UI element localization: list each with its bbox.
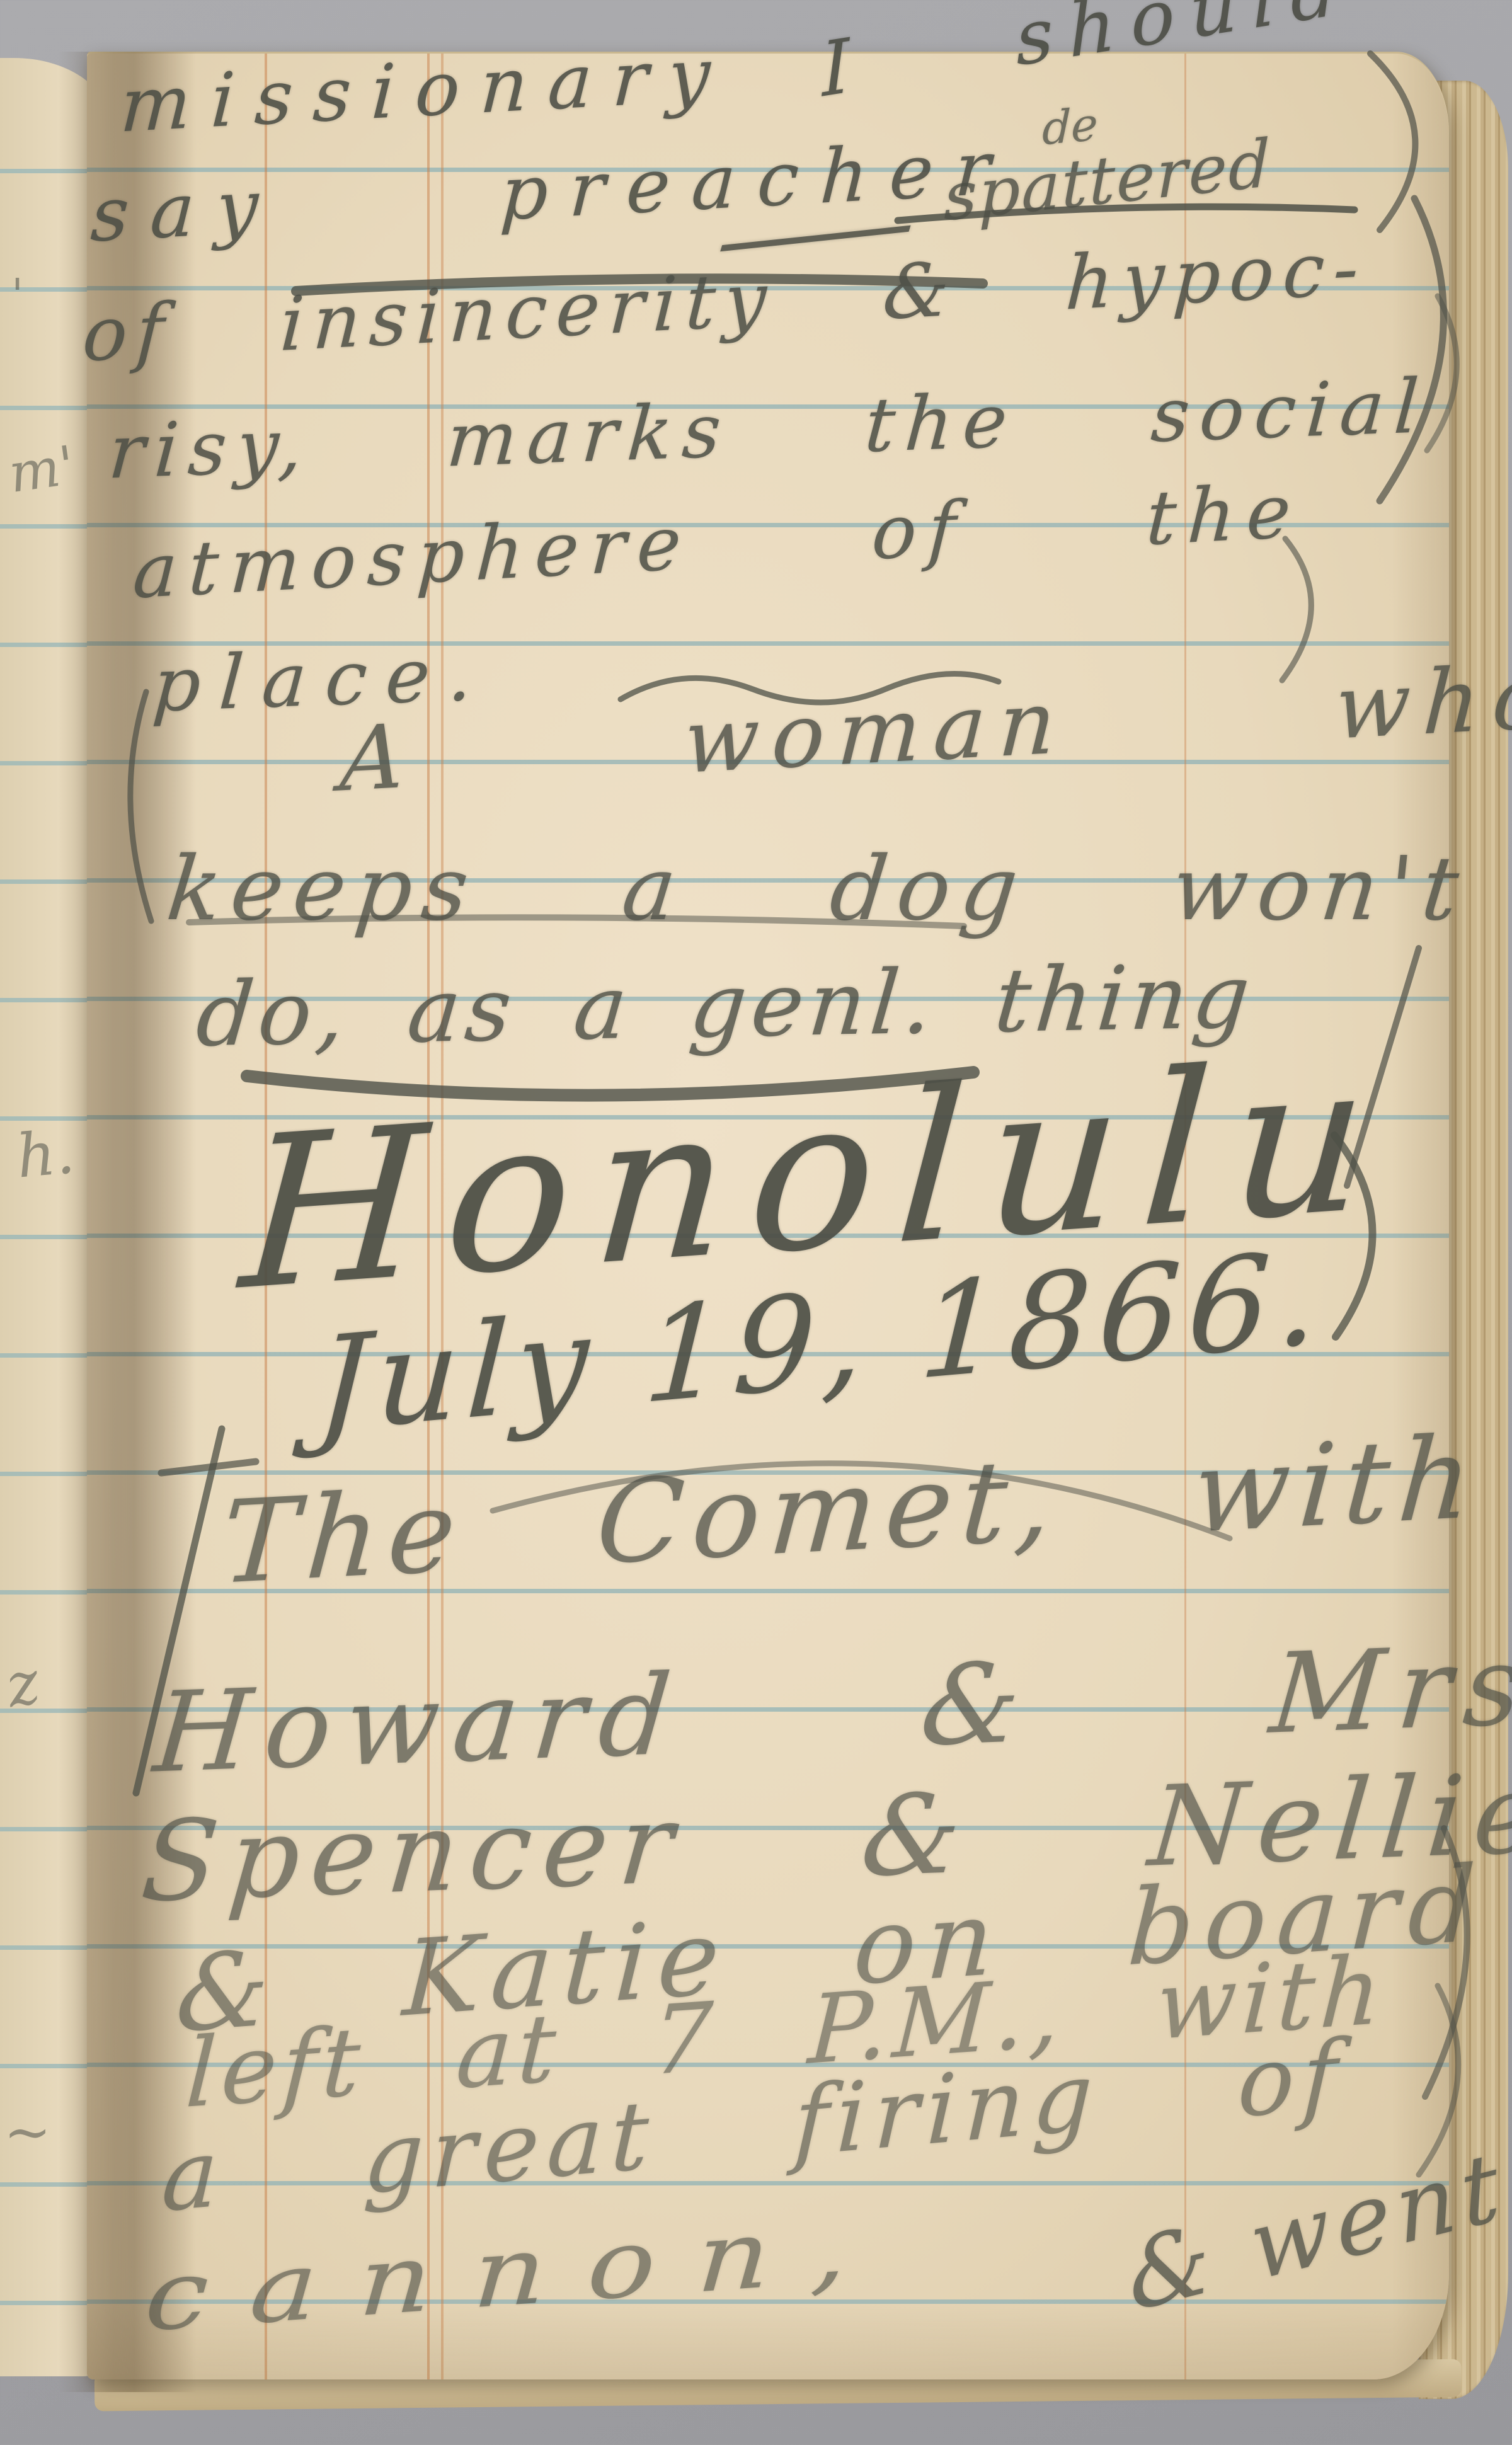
facing-pencil-fragment: ' bbox=[11, 269, 23, 321]
margin-rule-inner bbox=[427, 54, 430, 2379]
notebook-page bbox=[87, 52, 1449, 2379]
margin-rule-left bbox=[265, 54, 267, 2379]
facing-pencil-fragment: ~ bbox=[4, 2099, 51, 2165]
notebook-photo: ' m' h. z ~ missionary — I should say pr… bbox=[0, 0, 1512, 2445]
gutter-shadow bbox=[58, 52, 197, 2392]
facing-pencil-fragment: z bbox=[1, 1647, 44, 1721]
margin-rule-right bbox=[1184, 54, 1186, 2379]
